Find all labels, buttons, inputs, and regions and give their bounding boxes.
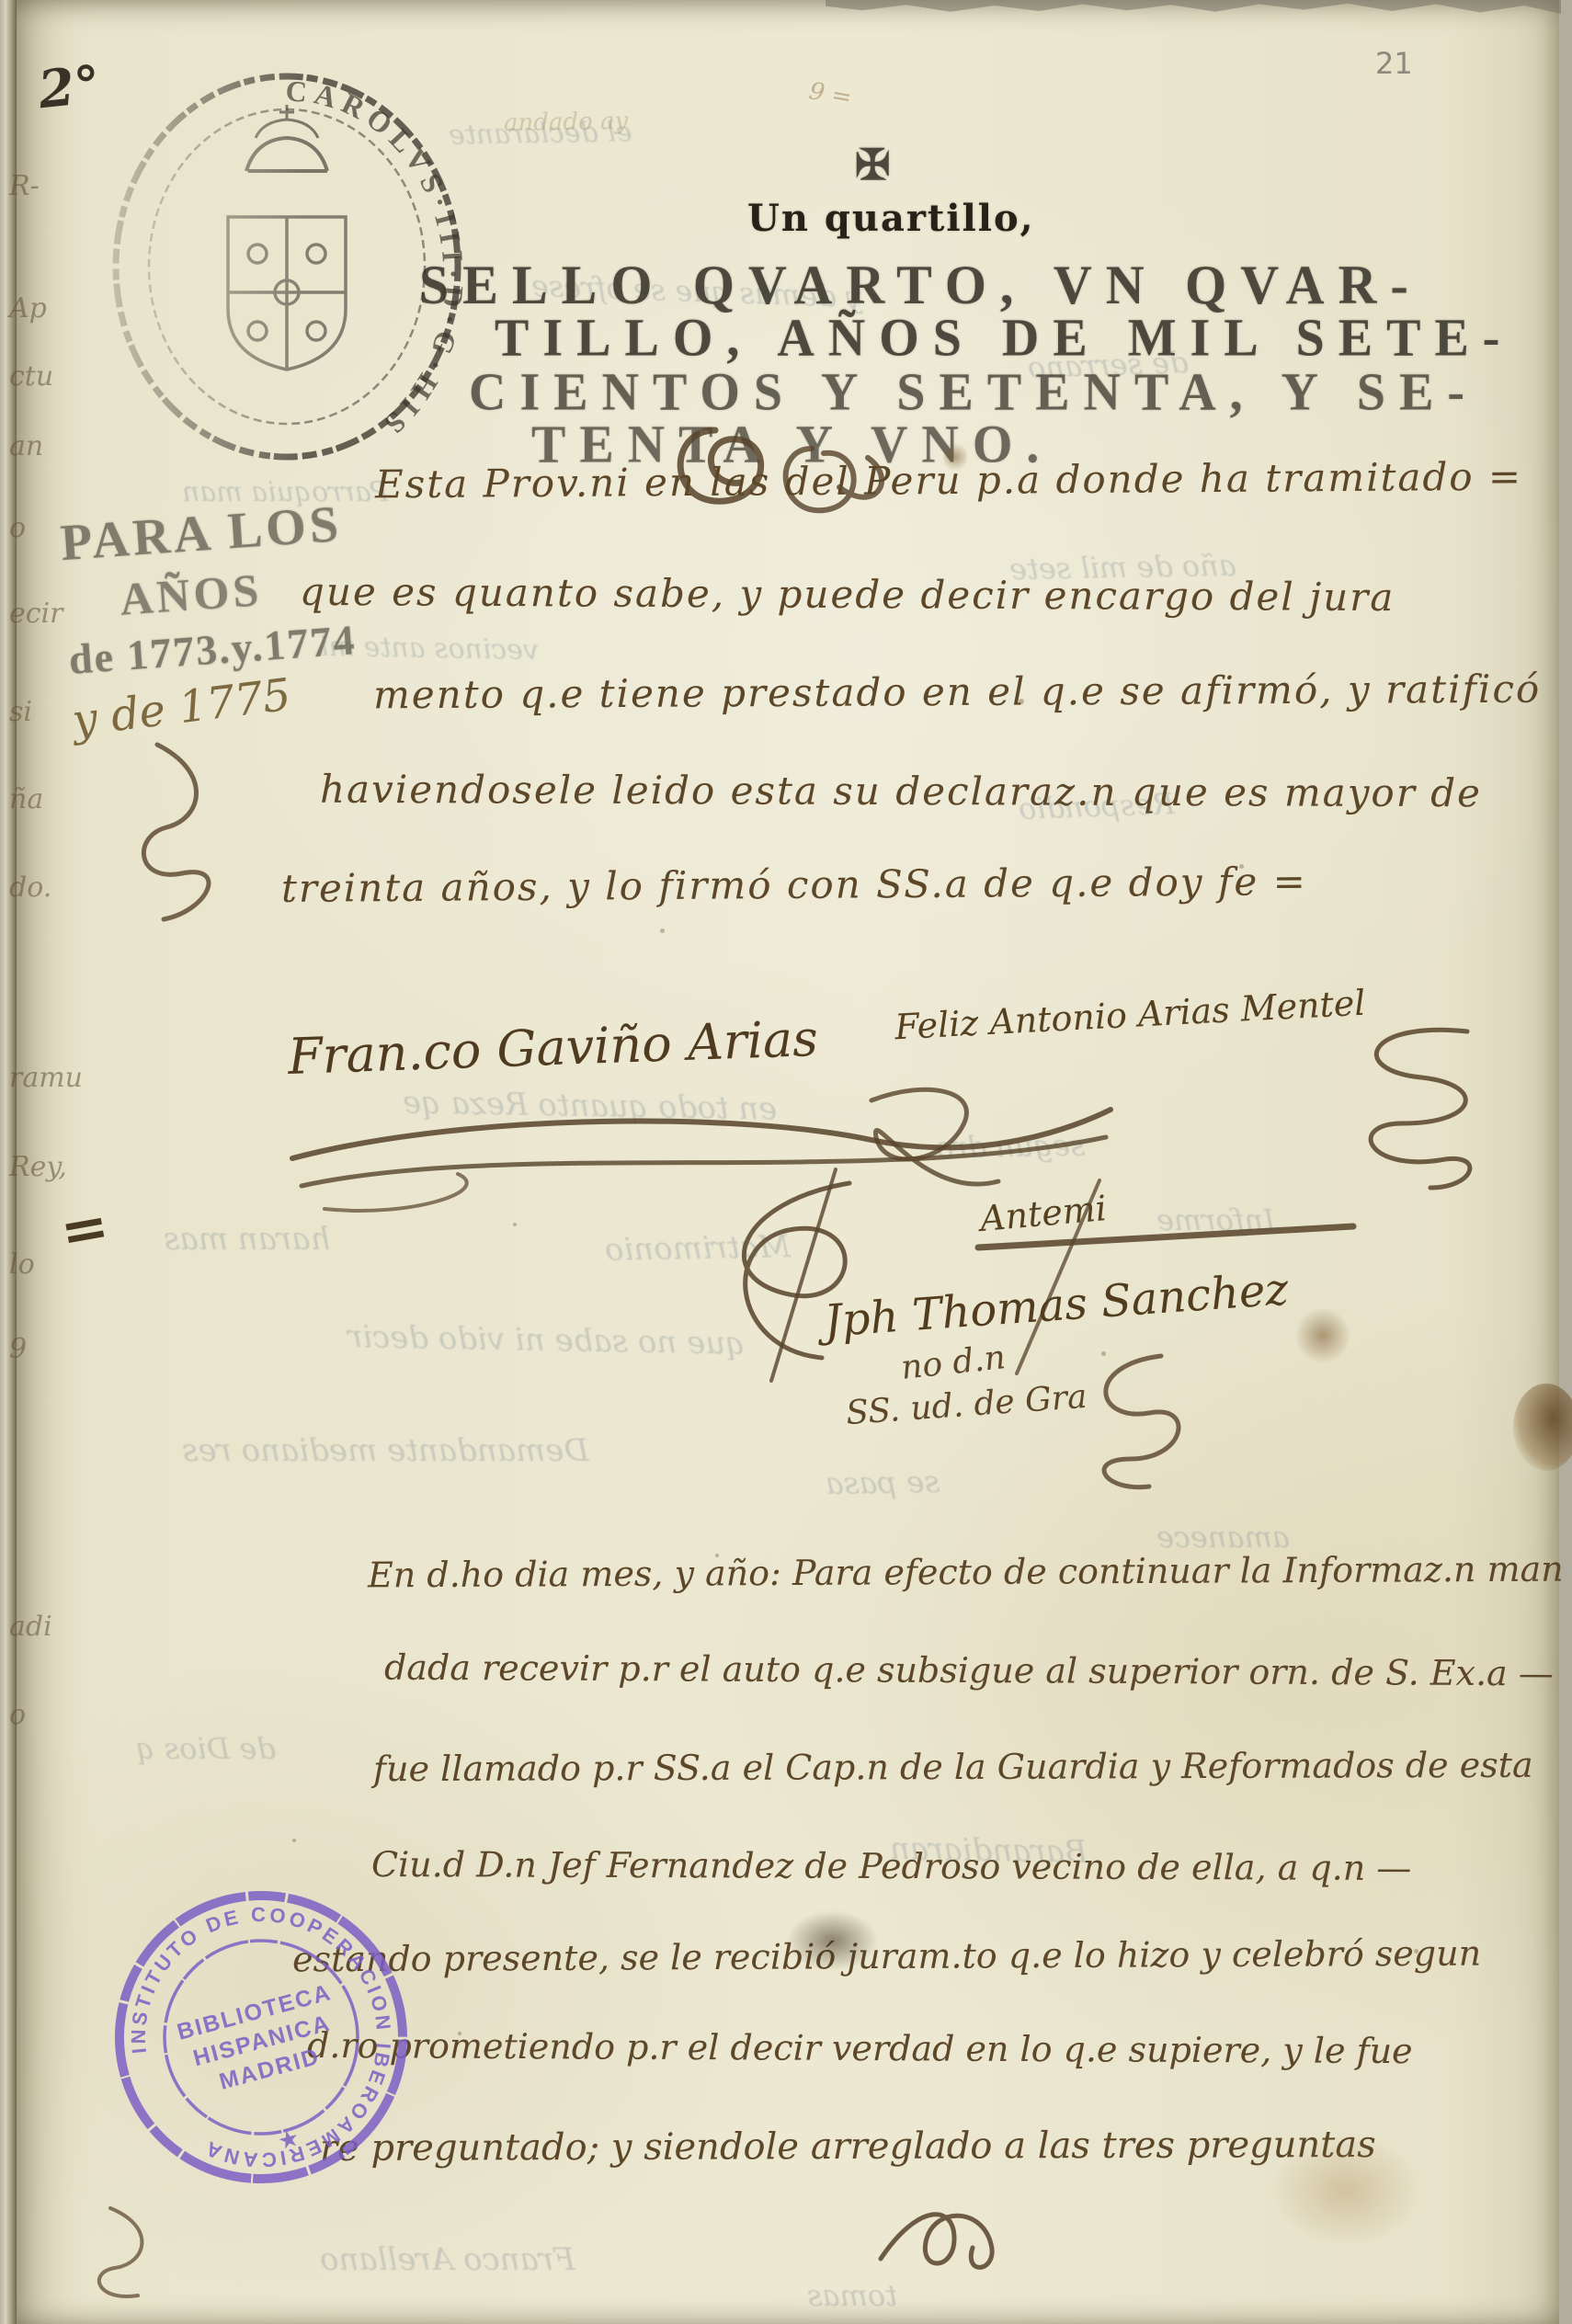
closing-flourish: [862, 2193, 1037, 2289]
declaration-line: haviendosele leido esta su declaraz.n qu…: [320, 767, 1482, 815]
edge-text-fragment: Rey,: [9, 1151, 67, 1183]
tax-stamp-price: Un quartillo,: [747, 197, 1035, 240]
margin-equals-mark: =: [55, 1191, 114, 1266]
signature-witness: Feliz Antonio Arias Mentel: [894, 983, 1366, 1048]
declaration-line: mento q.e tiene prestado en el q.e se af…: [373, 666, 1541, 718]
bleedthrough-text: Demandante mediano res: [182, 1432, 589, 1469]
edge-text-fragment: lo: [9, 1248, 35, 1281]
tax-stamp-line2: TILLO, AÑOS DE MIL SETE-: [495, 308, 1513, 370]
entry-line: Ciu.d D.n Jef Fernandez de Pedroso vecin…: [371, 1844, 1411, 1888]
torn-top-edge: [826, 0, 1561, 14]
edge-text-fragment: an: [9, 430, 43, 462]
declaration-line: treinta años, y lo firmó con SS.a de q.e…: [281, 859, 1307, 911]
maltese-cross-icon: ✠: [855, 140, 891, 189]
edge-text-fragment: 9: [9, 1333, 27, 1365]
edge-text-fragment: ecir: [9, 598, 63, 630]
validity-line3: de 1773.y.1774: [67, 615, 364, 684]
bleedthrough-text: de Dios q: [136, 1731, 276, 1766]
notary-small-flourish: [1046, 1338, 1193, 1498]
entry-line: d.ro prometiendo p.r el decir verdad en …: [307, 2025, 1413, 2071]
edge-text-fragment: ña: [9, 783, 43, 815]
page-number: 21: [1375, 46, 1413, 81]
edge-text-fragment: o: [9, 1699, 26, 1731]
royal-seal-stamp: CAROLVS·III·D·G·HISPANIARVM·REX: [101, 63, 469, 472]
bleedthrough-text: se pasa: [826, 1464, 940, 1501]
ink-stain: [1296, 1307, 1350, 1364]
entry-line: En d.ho dia mes, y año: Para efecto de c…: [368, 1549, 1564, 1596]
bleedthrough-text: Franco Arellano: [320, 2241, 575, 2278]
declaration-line: que es quanto sabe, y puede decir encarg…: [300, 569, 1395, 620]
entry-line: estando presente, se le recibió juram.to…: [292, 1933, 1481, 1980]
edge-text-fragment: ramu: [9, 1062, 83, 1094]
water-stain: [1274, 2137, 1417, 2243]
edge-text-fragment: adi: [9, 1611, 52, 1643]
faint-ink-mark: andado ay: [504, 108, 629, 137]
edge-text-fragment: ctu: [9, 360, 53, 393]
margin-rubric-flourish: [125, 734, 300, 931]
entry-line: dada recevir p.r el auto q.e subsigue al…: [384, 1647, 1554, 1694]
library-stamp: INSTITUTO DE COOPERACION IBEROAMERICANA …: [72, 1848, 450, 2227]
edge-text-fragment: o: [9, 512, 26, 544]
manuscript-page: el declarante y demas que se ofrese Parr…: [17, 0, 1559, 2324]
faint-ink-mark: 9 =: [807, 77, 854, 112]
edge-text-fragment: Ap: [9, 292, 47, 325]
edge-text-fragment: si: [9, 696, 32, 728]
edge-text-fragment: do.: [9, 871, 51, 904]
corner-mark: 2°: [36, 54, 104, 121]
entry-line: fue llamado p.r SS.a el Cap.n de la Guar…: [373, 1745, 1533, 1789]
ink-smudge: [789, 1912, 876, 1969]
edge-text-fragment: R-: [9, 170, 40, 202]
ink-spot: [943, 441, 967, 473]
manuscript-scan: el declarante y demas que se ofrese Parr…: [0, 0, 1572, 2324]
entry-line: re preguntado; y siendole arreglado a la…: [320, 2124, 1376, 2170]
ink-stain: [1513, 1384, 1572, 1471]
